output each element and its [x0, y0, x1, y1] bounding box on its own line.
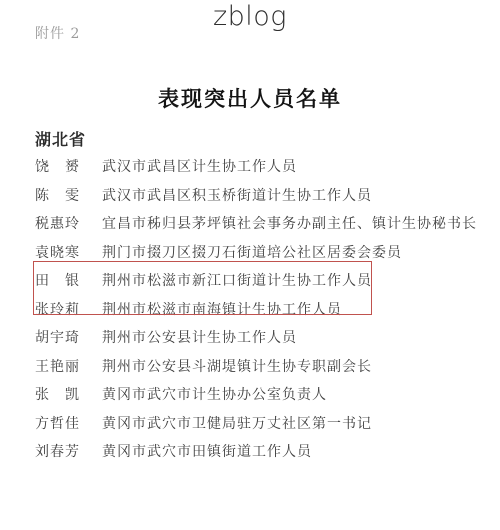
- personnel-list: 饶 赟 武汉市武昌区计生协工作人员 陈 雯 武汉市武昌区积玉桥街道计生协工作人员…: [35, 152, 485, 466]
- person-name: 田 银: [35, 270, 83, 290]
- person-role: 荆门市掇刀区掇刀石街道培公社区居委会委员: [102, 242, 402, 262]
- person-name: 王艳丽: [35, 356, 83, 376]
- person-role: 荆州市公安县计生协工作人员: [102, 327, 297, 347]
- person-role: 黄冈市武穴市田镇街道工作人员: [102, 441, 312, 461]
- list-item: 方哲佳 黄冈市武穴市卫健局驻万丈社区第一书记: [35, 409, 485, 438]
- person-name: 袁晓寒: [35, 242, 83, 262]
- person-role: 荆州市松滋市新江口街道计生协工作人员: [102, 270, 372, 290]
- person-name: 陈 雯: [35, 185, 83, 205]
- person-role: 黄冈市武穴市计生协办公室负责人: [102, 384, 327, 404]
- list-item: 张 凯 黄冈市武穴市计生协办公室负责人: [35, 380, 485, 409]
- person-role: 荆州市公安县斗湖堤镇计生协专职副会长: [102, 356, 372, 376]
- person-name: 胡宇琦: [35, 327, 83, 347]
- list-item: 税惠玲 宜昌市秭归县茅坪镇社会事务办副主任、镇计生协秘书长: [35, 209, 485, 238]
- list-item: 陈 雯 武汉市武昌区积玉桥街道计生协工作人员: [35, 181, 485, 210]
- list-item: 袁晓寒 荆门市掇刀区掇刀石街道培公社区居委会委员: [35, 238, 485, 267]
- list-item-highlighted: 田 银 荆州市松滋市新江口街道计生协工作人员: [35, 266, 485, 295]
- attachment-label: 附件 2: [35, 23, 80, 43]
- page-title: 表现突出人员名单: [0, 83, 500, 113]
- person-role: 宜昌市秭归县茅坪镇社会事务办副主任、镇计生协秘书长: [102, 213, 477, 233]
- person-name: 刘春芳: [35, 441, 83, 461]
- person-role: 黄冈市武穴市卫健局驻万丈社区第一书记: [102, 413, 372, 433]
- person-role: 武汉市武昌区积玉桥街道计生协工作人员: [102, 185, 372, 205]
- person-role: 武汉市武昌区计生协工作人员: [102, 156, 297, 176]
- person-name: 张玲莉: [35, 299, 83, 319]
- person-name: 税惠玲: [35, 213, 83, 233]
- person-name: 张 凯: [35, 384, 83, 404]
- list-item-highlighted: 张玲莉 荆州市松滋市南海镇计生协工作人员: [35, 295, 485, 324]
- person-name: 方哲佳: [35, 413, 83, 433]
- list-item: 刘春芳 黄冈市武穴市田镇街道工作人员: [35, 437, 485, 466]
- list-item: 胡宇琦 荆州市公安县计生协工作人员: [35, 323, 485, 352]
- list-item: 饶 赟 武汉市武昌区计生协工作人员: [35, 152, 485, 181]
- section-heading-province: 湖北省: [35, 127, 86, 150]
- person-role: 荆州市松滋市南海镇计生协工作人员: [102, 299, 342, 319]
- person-name: 饶 赟: [35, 156, 83, 176]
- list-item: 王艳丽 荆州市公安县斗湖堤镇计生协专职副会长: [35, 352, 485, 381]
